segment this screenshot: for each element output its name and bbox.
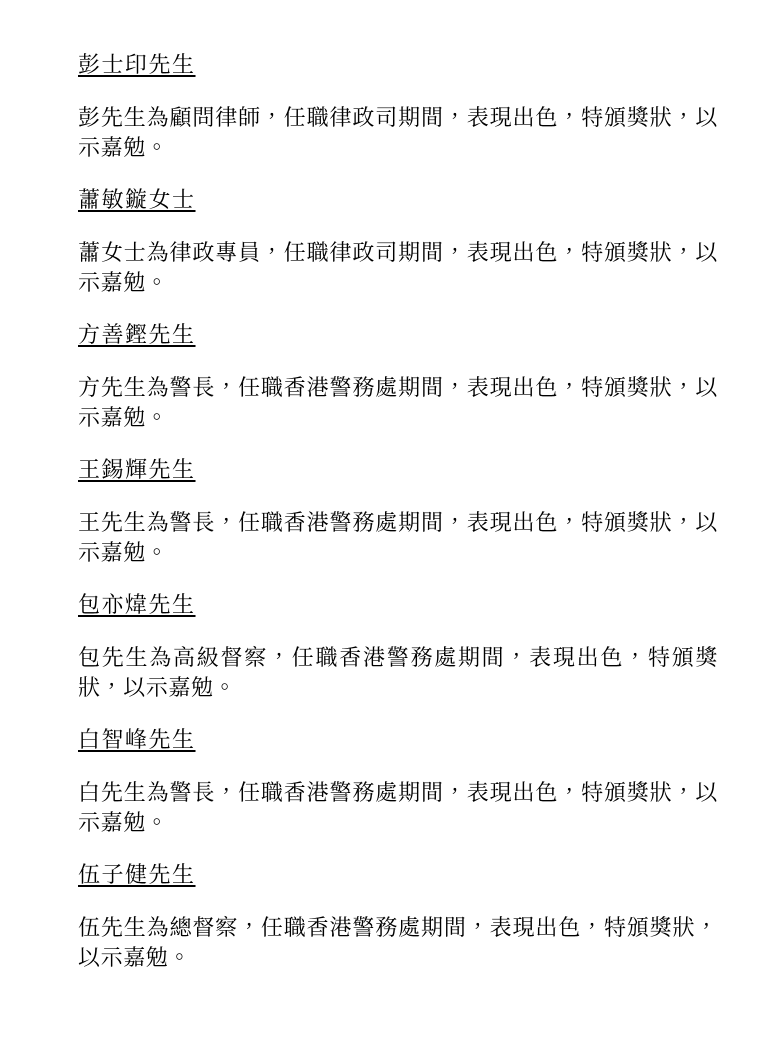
document-page: 彭士印先生 彭先生為顧問律師，任職律政司期間，表現出色，特頒獎狀，以示嘉勉。 蕭… [0,0,778,1042]
commendation-entry: 彭士印先生 彭先生為顧問律師，任職律政司期間，表現出色，特頒獎狀，以示嘉勉。 [78,50,718,163]
entry-description: 彭先生為顧問律師，任職律政司期間，表現出色，特頒獎狀，以示嘉勉。 [78,103,718,163]
entry-name-heading: 伍子健先生 [78,860,196,890]
entry-name-heading: 蕭敏鏇女士 [78,185,196,215]
entry-name-heading: 王錫輝先生 [78,455,196,485]
entry-description: 王先生為警長，任職香港警務處期間，表現出色，特頒獎狀，以示嘉勉。 [78,508,718,568]
document-content: 彭士印先生 彭先生為顧問律師，任職律政司期間，表現出色，特頒獎狀，以示嘉勉。 蕭… [78,50,718,973]
commendation-entry: 白智峰先生 白先生為警長，任職香港警務處期間，表現出色，特頒獎狀，以示嘉勉。 [78,725,718,838]
entry-name-heading: 白智峰先生 [78,725,196,755]
commendation-entry: 方善鏗先生 方先生為警長，任職香港警務處期間，表現出色，特頒獎狀，以示嘉勉。 [78,320,718,433]
entry-description: 蕭女士為律政專員，任職律政司期間，表現出色，特頒獎狀，以示嘉勉。 [78,238,718,298]
entry-description: 白先生為警長，任職香港警務處期間，表現出色，特頒獎狀，以示嘉勉。 [78,778,718,838]
entry-description: 伍先生為總督察，任職香港警務處期間，表現出色，特頒獎狀，以示嘉勉。 [78,913,718,973]
commendation-entry: 伍子健先生 伍先生為總督察，任職香港警務處期間，表現出色，特頒獎狀，以示嘉勉。 [78,860,718,973]
commendation-entry: 包亦煒先生 包先生為高級督察，任職香港警務處期間，表現出色，特頒獎狀，以示嘉勉。 [78,590,718,703]
commendation-entry: 蕭敏鏇女士 蕭女士為律政專員，任職律政司期間，表現出色，特頒獎狀，以示嘉勉。 [78,185,718,298]
entry-name-heading: 包亦煒先生 [78,590,196,620]
entry-name-heading: 方善鏗先生 [78,320,196,350]
entry-description: 包先生為高級督察，任職香港警務處期間，表現出色，特頒獎狀，以示嘉勉。 [78,643,718,703]
entry-name-heading: 彭士印先生 [78,50,196,80]
commendation-entry: 王錫輝先生 王先生為警長，任職香港警務處期間，表現出色，特頒獎狀，以示嘉勉。 [78,455,718,568]
entry-description: 方先生為警長，任職香港警務處期間，表現出色，特頒獎狀，以示嘉勉。 [78,373,718,433]
